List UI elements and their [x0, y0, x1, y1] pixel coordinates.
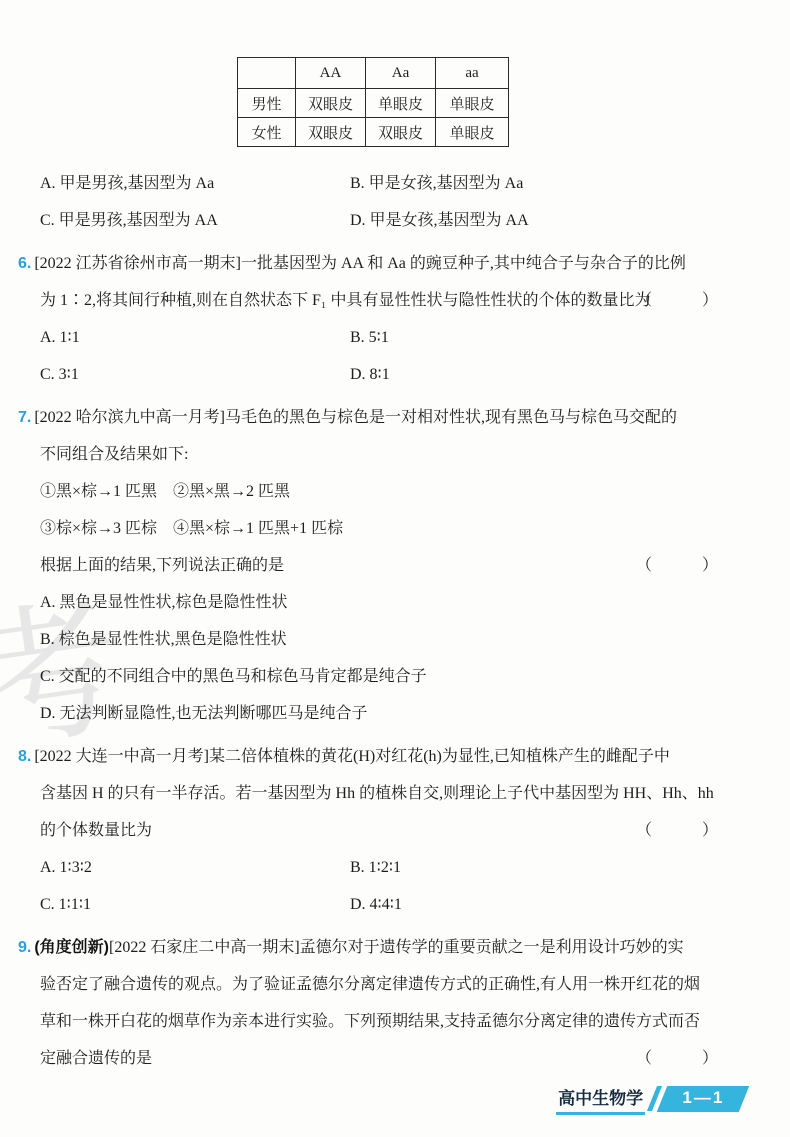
page-footer: 高中生物学 1—1 — [556, 1082, 748, 1115]
page-number-badge: 1—1 — [657, 1086, 749, 1112]
question-number: 8. — [18, 748, 31, 765]
table-cell: 双眼皮 — [366, 118, 436, 147]
question-8-line-2: 含基因 H 的只有一半存活。若一基因型为 Hh 的植株自交,则理论上子代中基因型… — [40, 775, 726, 812]
question-text: 为 1∶2,将其间行种植,则在自然状态下 F₁ 中具有显性性状与隐性性状的个体的… — [40, 292, 650, 309]
table-row-male: 男性 双眼皮 单眼皮 单眼皮 — [238, 89, 509, 118]
option-a: A. 1∶1 — [40, 319, 350, 356]
question-number: 9. — [18, 939, 31, 956]
table-cell: 单眼皮 — [436, 118, 509, 147]
option-a: A. 1∶3∶2 — [40, 849, 350, 886]
question-8-line-1: 8.[2022 大连一中高一月考]某二倍体植株的黄花(H)对红花(h)为显性,已… — [18, 738, 726, 775]
question-text: [2022 石家庄二中高一期末]孟德尔对于遗传学的重要贡献之一是利用设计巧妙的实 — [109, 939, 684, 956]
question-text: 含基因 H 的只有一半存活。若一基因型为 Hh 的植株自交,则理论上子代中基因型… — [40, 785, 714, 802]
textbook-page: 考 AA Aa aa 男性 双眼皮 单眼皮 单眼皮 女性 双眼皮 双眼皮 单眼皮 — [0, 0, 790, 1137]
table-row-female: 女性 双眼皮 双眼皮 单眼皮 — [238, 118, 509, 147]
table-cell: 男性 — [238, 89, 296, 118]
question-8-line-3: （ ） 的个体数量比为 — [40, 812, 726, 849]
option-c: C. 3∶1 — [40, 356, 350, 393]
option-a: A. 黑色是显性性状,棕色是隐性性状 — [40, 584, 726, 621]
question-9-line-4: （ ） 定融合遗传的是 — [40, 1040, 726, 1077]
question-9-line-1: 9.(角度创新)[2022 石家庄二中高一期末]孟德尔对于遗传学的重要贡献之一是… — [18, 929, 726, 966]
cross-combo-text: ③棕×棕→3 匹棕 ④黑×棕→1 匹黑+1 匹棕 — [40, 520, 343, 537]
question-text: 验否定了融合遗传的观点。为了验证孟德尔分离定律遗传方式的正确性,有人用一株开红花… — [40, 976, 700, 993]
cross-combo-line-1: ①黑×棕→1 匹黑 ②黑×黑→2 匹黑 — [40, 473, 726, 510]
option-row: A. 1∶3∶2 B. 1∶2∶1 — [40, 849, 726, 886]
option-text: A. 黑色是显性性状,棕色是隐性性状 — [40, 594, 288, 611]
cross-combo-line-2: ③棕×棕→3 匹棕 ④黑×棕→1 匹黑+1 匹棕 — [40, 510, 726, 547]
innovation-tag: (角度创新) — [34, 939, 109, 956]
option-row: C. 3∶1 D. 8∶1 — [40, 356, 726, 393]
option-b: B. 甲是女孩,基因型为 Aa — [350, 165, 523, 202]
option-c: C. 1∶1∶1 — [40, 886, 350, 923]
table-header-Aa: Aa — [366, 58, 436, 89]
option-d: D. 无法判断显隐性,也无法判断哪匹马是纯合子 — [40, 695, 726, 732]
answer-bracket: （ ） — [636, 547, 724, 584]
question-number: 7. — [18, 409, 31, 426]
option-text: D. 无法判断显隐性,也无法判断哪匹马是纯合子 — [40, 705, 368, 722]
question-7: 7.[2022 哈尔滨九中高一月考]马毛色的黑色与棕色是一对相对性状,现有黑色马… — [18, 399, 726, 732]
table-header-aa: aa — [436, 58, 509, 89]
option-b: B. 5∶1 — [350, 319, 389, 356]
genotype-table: AA Aa aa 男性 双眼皮 单眼皮 单眼皮 女性 双眼皮 双眼皮 单眼皮 — [237, 57, 509, 147]
question-9-line-2: 验否定了融合遗传的观点。为了验证孟德尔分离定律遗传方式的正确性,有人用一株开红花… — [40, 966, 726, 1003]
question-number: 6. — [18, 255, 31, 272]
question-5-options: A. 甲是男孩,基因型为 Aa B. 甲是女孩,基因型为 Aa C. 甲是男孩,… — [18, 165, 726, 239]
table-header-row: AA Aa aa — [238, 58, 509, 89]
question-8: 8.[2022 大连一中高一月考]某二倍体植株的黄花(H)对红花(h)为显性,已… — [18, 738, 726, 923]
option-row: A. 甲是男孩,基因型为 Aa B. 甲是女孩,基因型为 Aa — [40, 165, 726, 202]
question-text: [2022 哈尔滨九中高一月考]马毛色的黑色与棕色是一对相对性状,现有黑色马与棕… — [34, 409, 677, 426]
option-a: A. 甲是男孩,基因型为 Aa — [40, 165, 350, 202]
answer-bracket: （ ） — [636, 812, 724, 849]
question-6: 6.[2022 江苏省徐州市高一期末]一批基因型为 AA 和 Aa 的豌豆种子,… — [18, 245, 726, 393]
question-text: [2022 大连一中高一月考]某二倍体植株的黄花(H)对红花(h)为显性,已知植… — [34, 748, 670, 765]
option-text: C. 交配的不同组合中的黑色马和棕色马肯定都是纯合子 — [40, 668, 427, 685]
question-6-line-1: 6.[2022 江苏省徐州市高一期末]一批基因型为 AA 和 Aa 的豌豆种子,… — [18, 245, 726, 282]
table-cell: 单眼皮 — [436, 89, 509, 118]
question-text: 的个体数量比为 — [40, 822, 152, 839]
option-d: D. 8∶1 — [350, 356, 390, 393]
page-content: AA Aa aa 男性 双眼皮 单眼皮 单眼皮 女性 双眼皮 双眼皮 单眼皮 A… — [0, 0, 790, 1077]
question-7-line-1: 7.[2022 哈尔滨九中高一月考]马毛色的黑色与棕色是一对相对性状,现有黑色马… — [18, 399, 726, 436]
book-title: 高中生物学 — [556, 1082, 645, 1115]
question-7-stem: （ ） 根据上面的结果,下列说法正确的是 — [40, 547, 726, 584]
table-cell: 女性 — [238, 118, 296, 147]
table-header-blank — [238, 58, 296, 89]
option-text: B. 棕色是显性性状,黑色是隐性性状 — [40, 631, 287, 648]
question-text: 定融合遗传的是 — [40, 1050, 152, 1067]
page-number: 1—1 — [682, 1088, 724, 1108]
option-row: A. 1∶1 B. 5∶1 — [40, 319, 726, 356]
cross-combo-text: ①黑×棕→1 匹黑 ②黑×黑→2 匹黑 — [40, 483, 290, 500]
option-c: C. 交配的不同组合中的黑色马和棕色马肯定都是纯合子 — [40, 658, 726, 695]
option-b: B. 棕色是显性性状,黑色是隐性性状 — [40, 621, 726, 658]
table-cell: 双眼皮 — [296, 118, 366, 147]
question-text: 不同组合及结果如下: — [40, 446, 188, 463]
option-c: C. 甲是男孩,基因型为 AA — [40, 202, 350, 239]
table-cell: 双眼皮 — [296, 89, 366, 118]
option-row: C. 1∶1∶1 D. 4∶4∶1 — [40, 886, 726, 923]
question-text: 根据上面的结果,下列说法正确的是 — [40, 557, 284, 574]
option-row: C. 甲是男孩,基因型为 AA D. 甲是女孩,基因型为 AA — [40, 202, 726, 239]
question-text: [2022 江苏省徐州市高一期末]一批基因型为 AA 和 Aa 的豌豆种子,其中… — [34, 255, 686, 272]
question-6-line-2: （ ） 为 1∶2,将其间行种植,则在自然状态下 F₁ 中具有显性性状与隐性性状… — [40, 282, 726, 319]
question-9-line-3: 草和一株开白花的烟草作为亲本进行实验。下列预期结果,支持孟德尔分离定律的遗传方式… — [40, 1003, 726, 1040]
question-7-line-2: 不同组合及结果如下: — [40, 436, 726, 473]
question-9: 9.(角度创新)[2022 石家庄二中高一期末]孟德尔对于遗传学的重要贡献之一是… — [18, 929, 726, 1077]
table-header-AA: AA — [296, 58, 366, 89]
table-cell: 单眼皮 — [366, 89, 436, 118]
option-d: D. 4∶4∶1 — [350, 886, 402, 923]
answer-bracket: （ ） — [636, 1040, 724, 1077]
option-d: D. 甲是女孩,基因型为 AA — [350, 202, 529, 239]
option-b: B. 1∶2∶1 — [350, 849, 401, 886]
question-text: 草和一株开白花的烟草作为亲本进行实验。下列预期结果,支持孟德尔分离定律的遗传方式… — [40, 1013, 700, 1030]
